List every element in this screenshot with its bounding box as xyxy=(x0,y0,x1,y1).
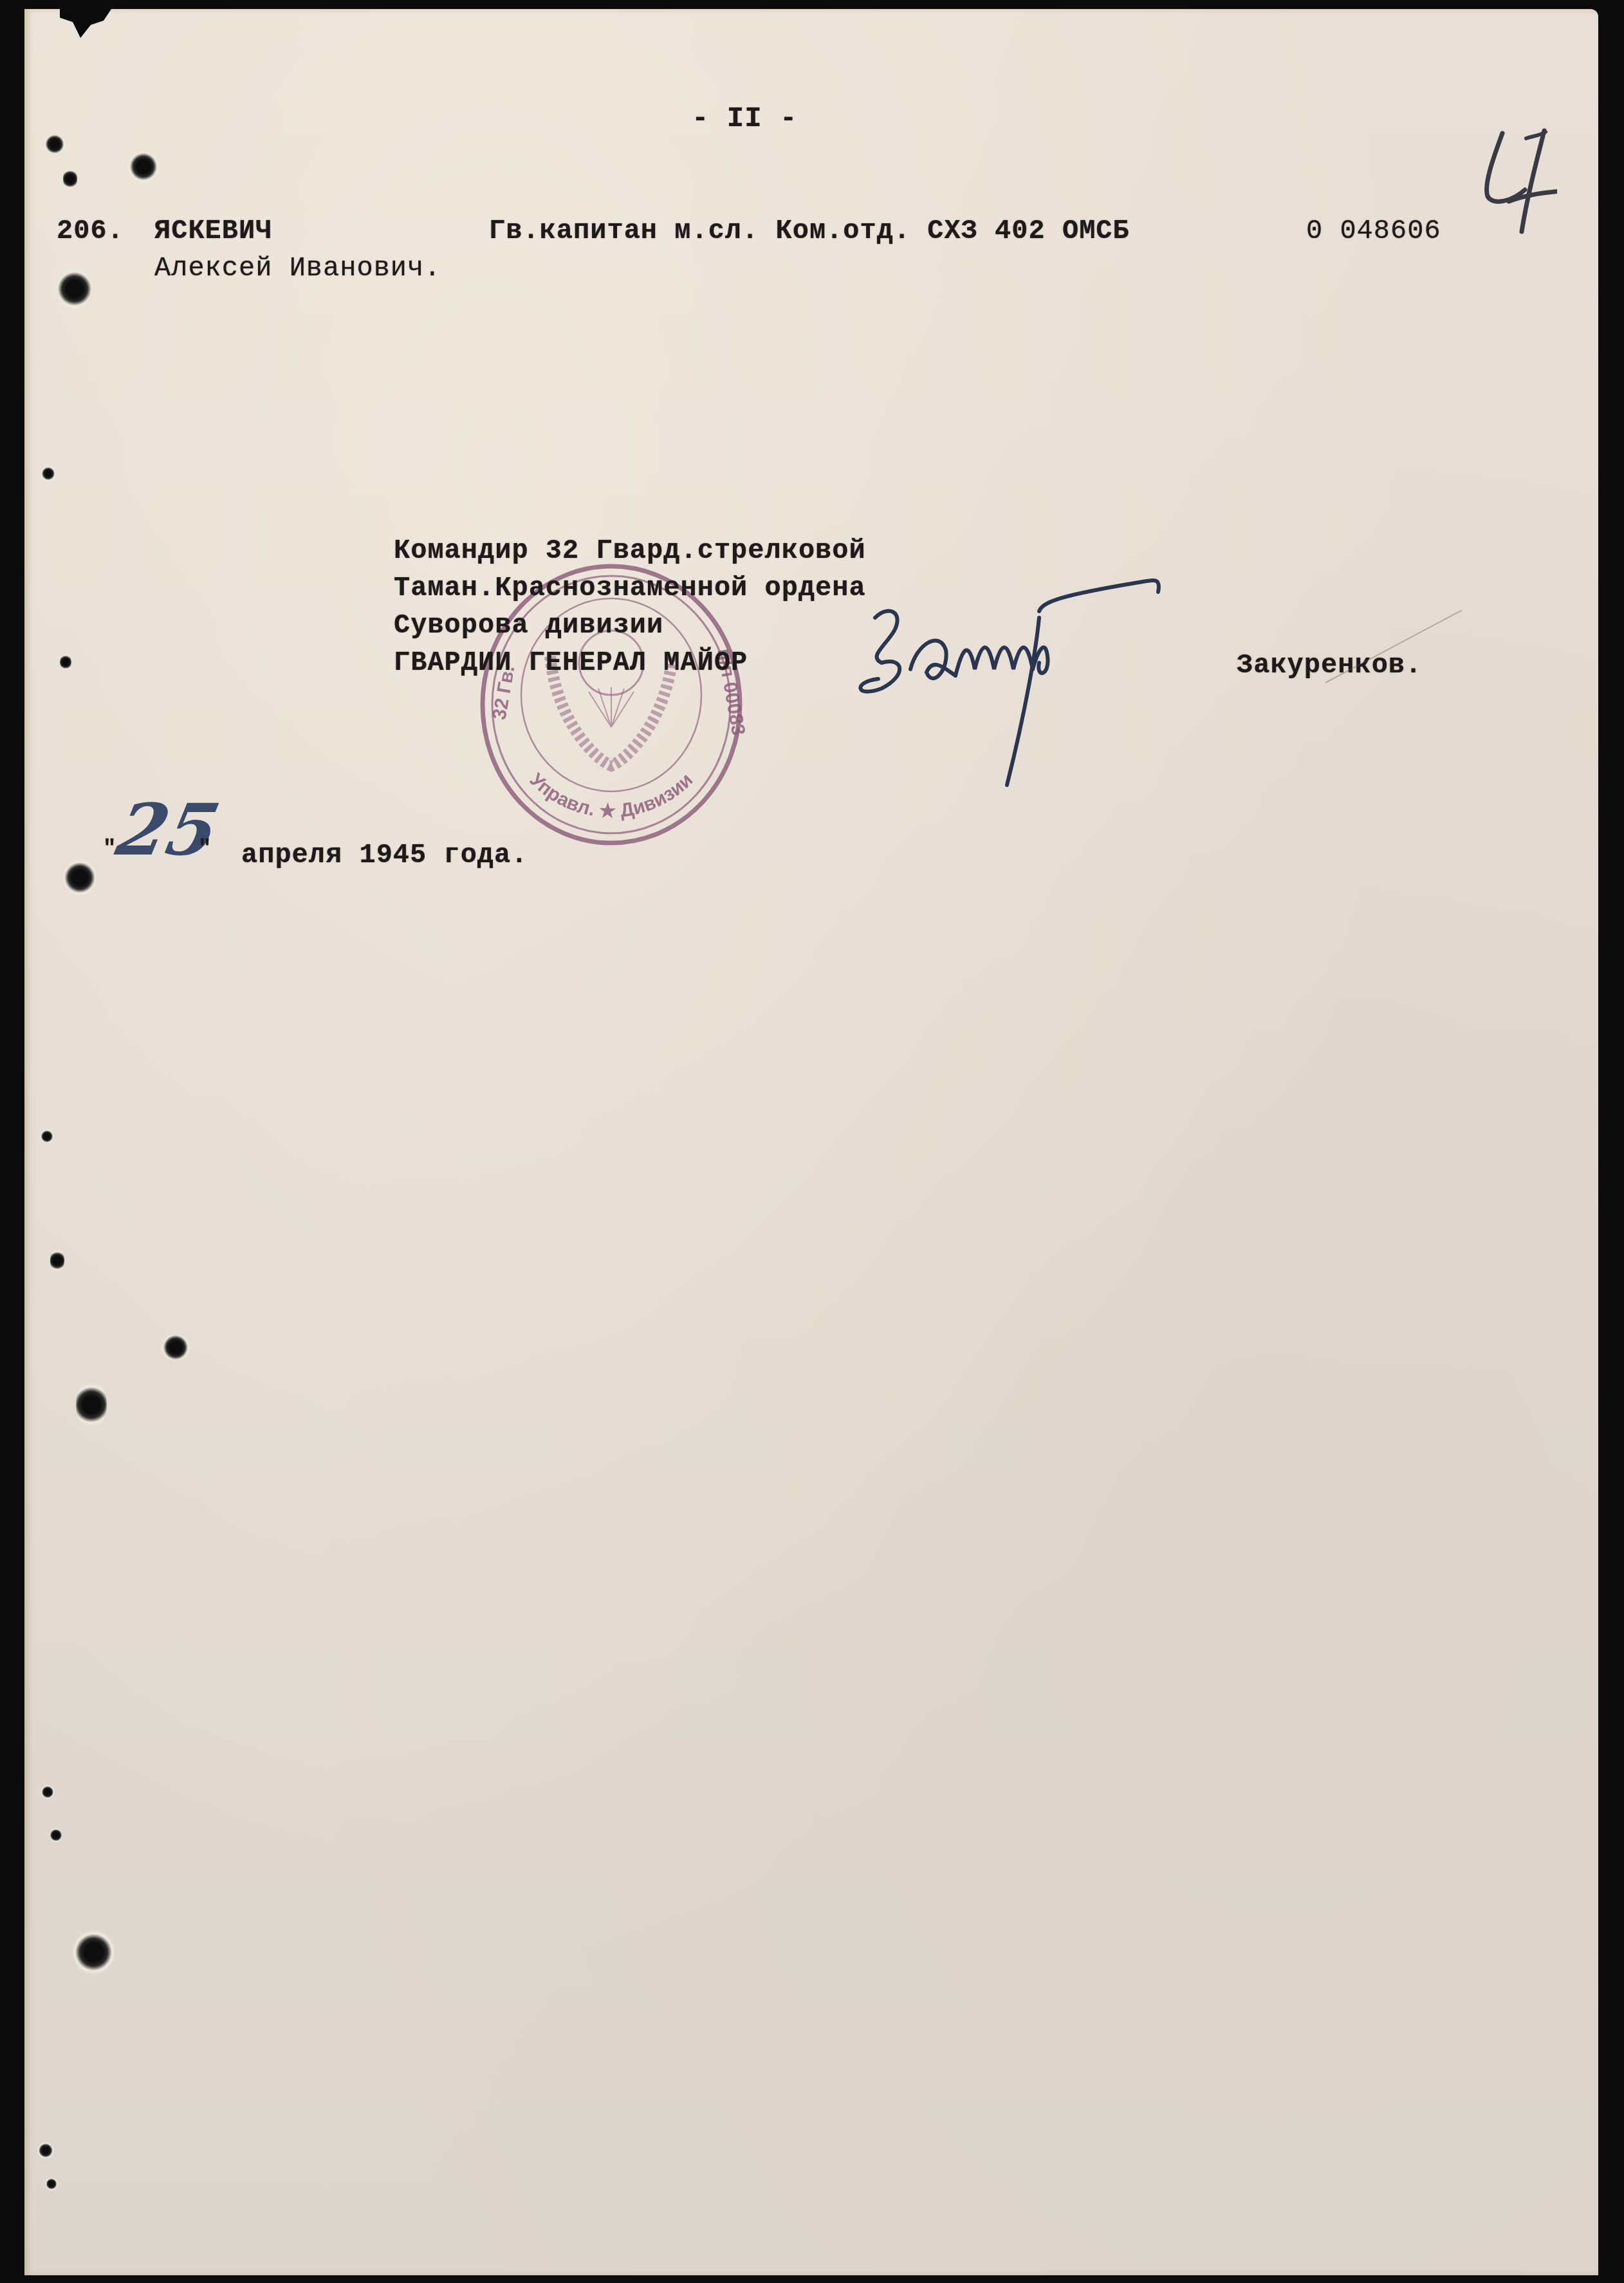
binding-hole xyxy=(42,134,67,154)
torn-corner xyxy=(60,9,111,38)
binding-hole xyxy=(41,466,56,481)
binding-hole xyxy=(76,1380,107,1430)
entry-surname: ЯСКЕВИЧ xyxy=(154,216,272,246)
entry-rank-position: Гв.капитан м.сл. Ком.отд. СХЗ 402 ОМСБ xyxy=(489,216,1130,246)
binding-hole xyxy=(50,1248,64,1273)
signer-name: Закуренков. xyxy=(1237,650,1422,681)
binding-hole xyxy=(160,1335,192,1360)
entry-given-names: Алексей Иванович. xyxy=(154,253,441,284)
binding-hole xyxy=(50,1827,62,1844)
page-number: - II - xyxy=(692,103,797,135)
binding-hole xyxy=(127,151,160,183)
signature-line-1: Командир 32 Гвард.стрелковой xyxy=(394,535,866,566)
binding-hole xyxy=(37,2142,54,2159)
binding-hole xyxy=(41,1785,55,1799)
entry-award-number: 0 048606 xyxy=(1306,216,1441,246)
signature-line-4: ГВАРДИИ ГЕНЕРАЛ МАЙОР xyxy=(394,647,748,678)
signature-line-3: Суворова дивизии xyxy=(394,610,663,641)
binding-hole xyxy=(60,652,71,672)
signature-line-2: Таман.Краснознаменной ордена xyxy=(394,573,866,604)
document-page xyxy=(24,9,1598,2275)
date-text: апреля 1945 года. xyxy=(241,840,528,871)
date-close-quote: " xyxy=(198,836,212,861)
binding-hole xyxy=(63,858,97,897)
binding-hole xyxy=(58,266,91,311)
handwritten-signature xyxy=(843,566,1486,798)
binding-hole xyxy=(45,2177,58,2190)
binding-hole xyxy=(63,167,77,191)
svg-text:Управл. ★ Дивизии: Управл. ★ Дивизии xyxy=(526,769,697,822)
binding-hole xyxy=(73,1930,115,1975)
archive-mark xyxy=(1473,125,1557,241)
entry-number: 206. xyxy=(57,216,124,246)
binding-hole xyxy=(41,1129,53,1144)
